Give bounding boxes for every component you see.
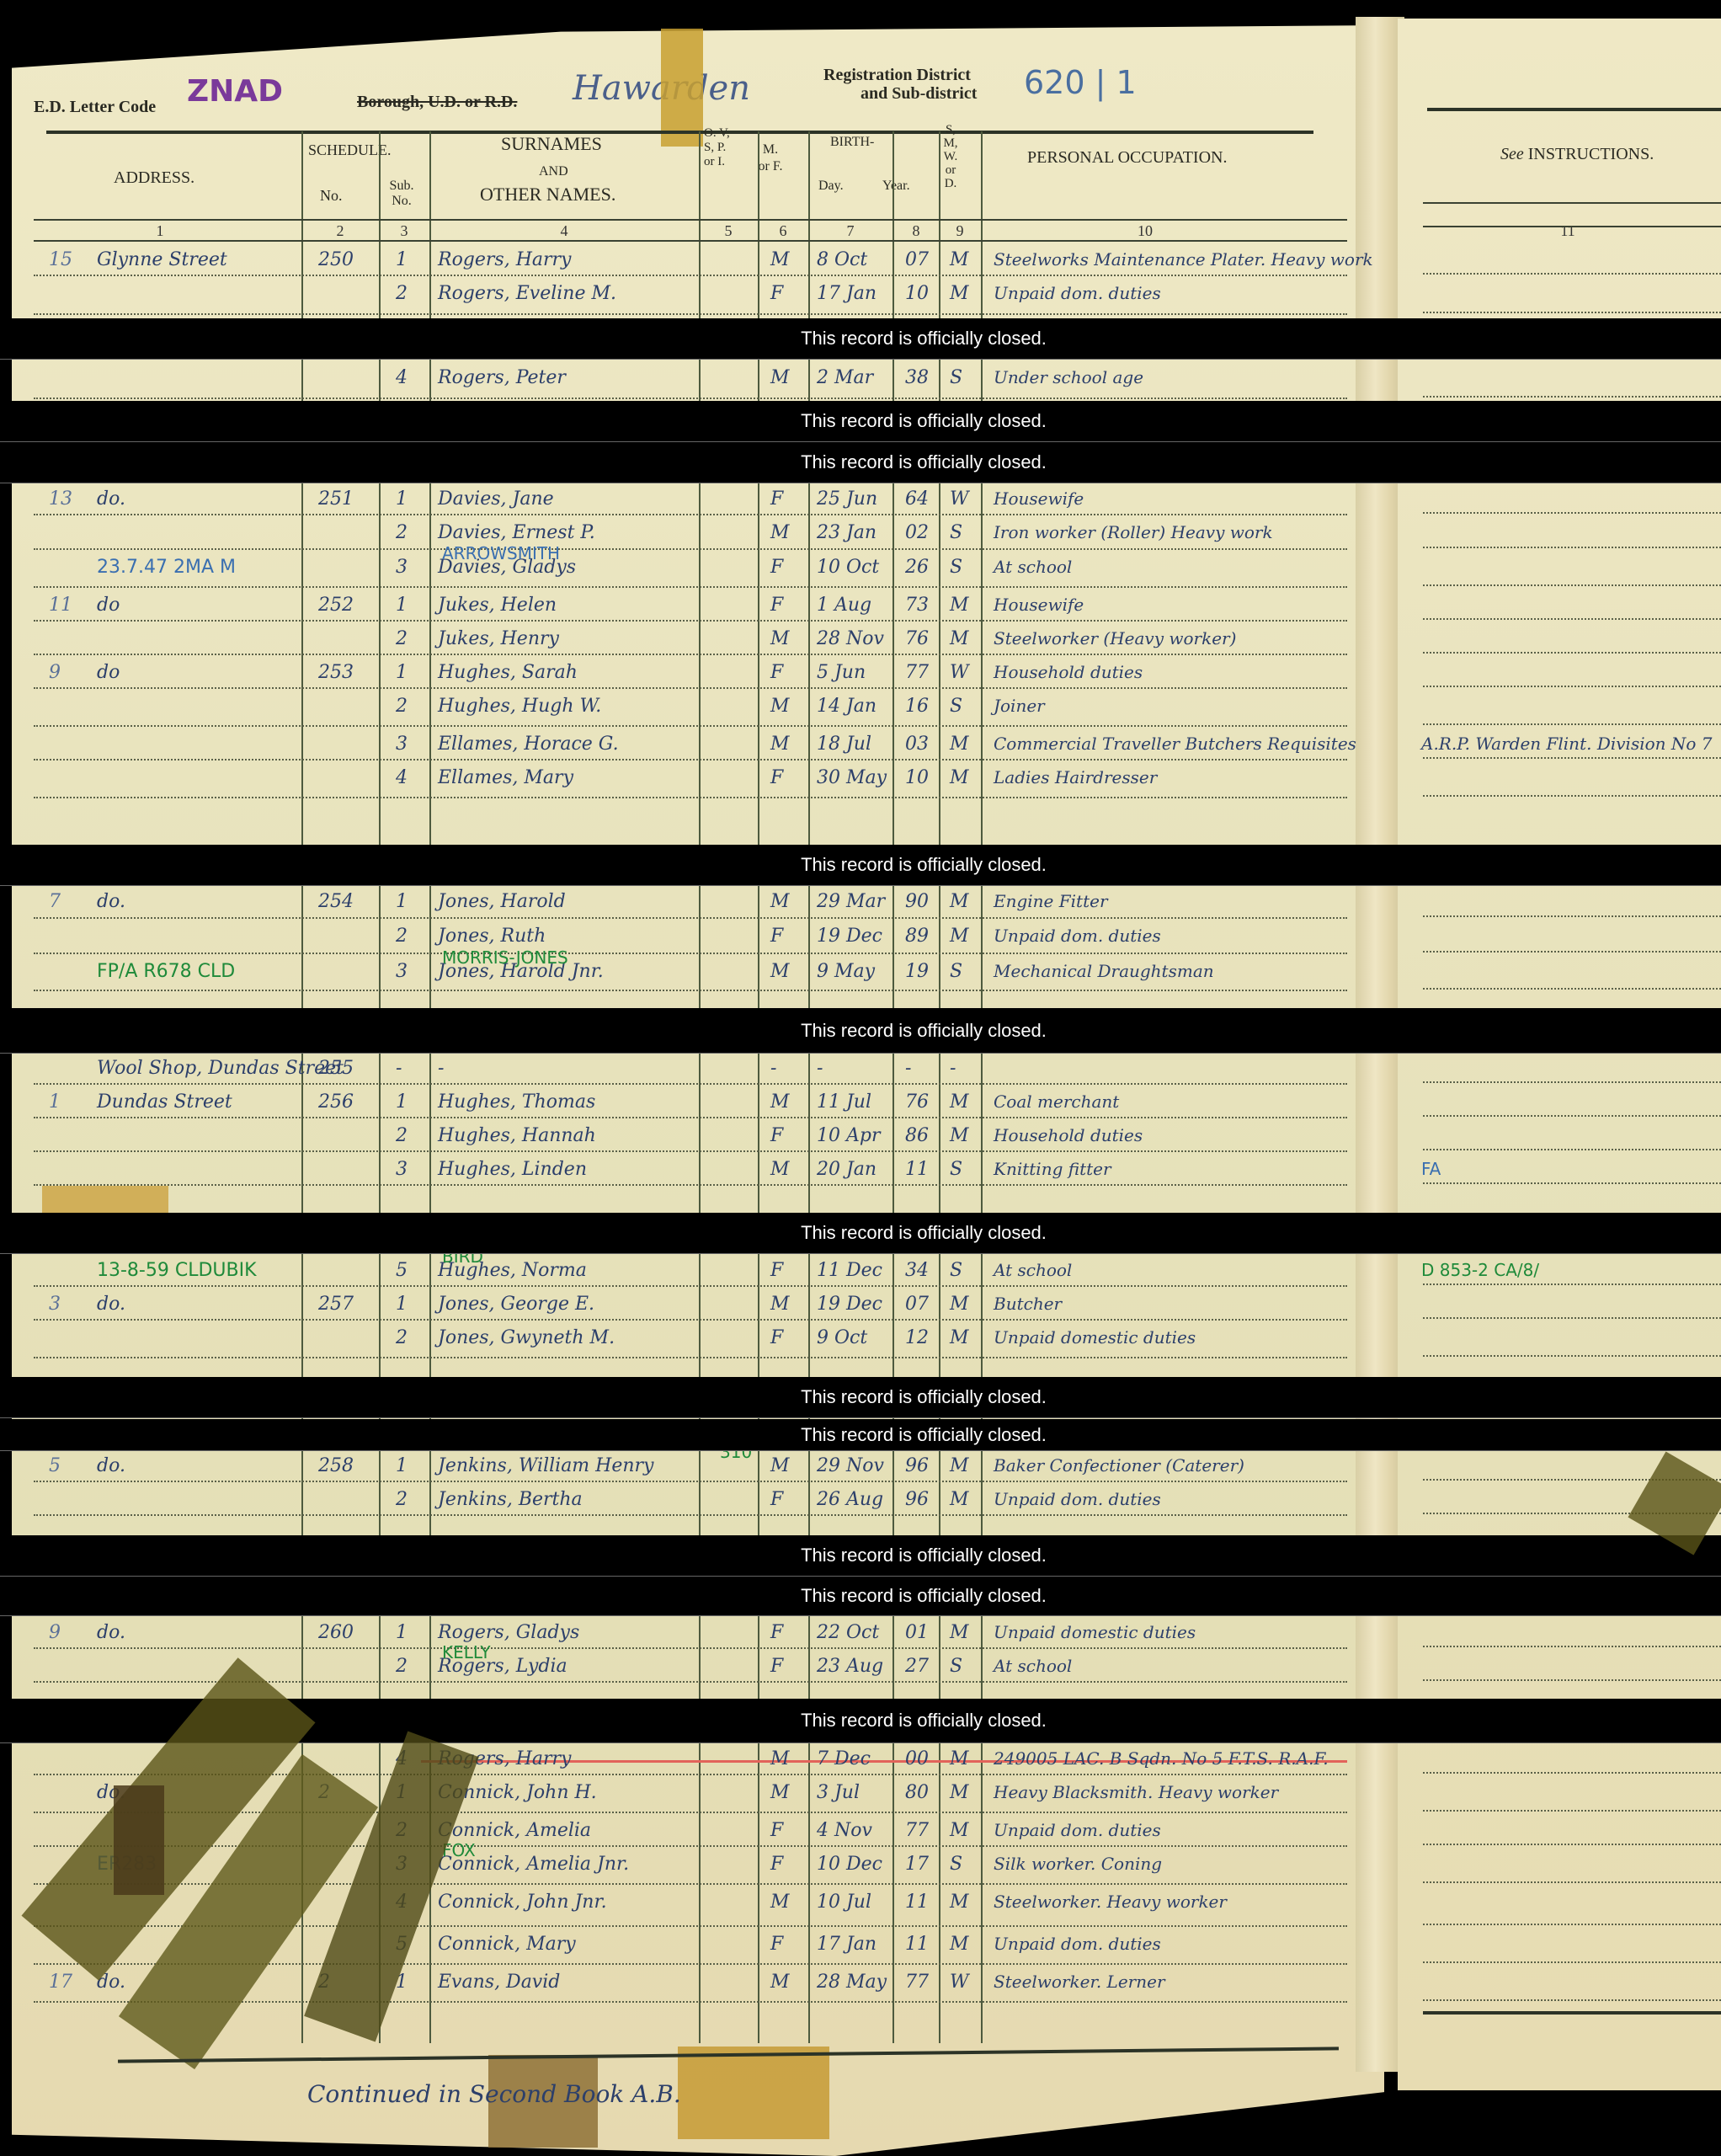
- cell-name: Davies, Jane: [438, 488, 554, 510]
- cell-schedule: 258: [318, 1455, 354, 1476]
- row-rule: [34, 1083, 1347, 1085]
- cell-sex: F: [770, 926, 783, 947]
- cell-year: 00: [905, 1748, 929, 1769]
- row-rule-right: [1423, 1924, 1721, 1925]
- cell-note: D 853-2 CA/8/: [1421, 1260, 1539, 1280]
- cell-name: Jones, George E.: [438, 1294, 594, 1315]
- row-rule: [34, 797, 1347, 798]
- cell-occupation: Unpaid dom. duties: [994, 1489, 1161, 1509]
- cell-status: M: [950, 767, 969, 788]
- row-rule: [34, 548, 1347, 550]
- redaction-bar: This record is officially closed.: [0, 1213, 1721, 1254]
- row-rule-right: [1423, 273, 1721, 275]
- cell-address: do.: [97, 891, 125, 912]
- cell-day: 29 Nov: [817, 1455, 884, 1476]
- header-subrule: [1423, 226, 1721, 227]
- cell-sub: 2: [396, 1125, 408, 1146]
- header-bottom-rule: [34, 240, 1347, 242]
- row-rule: [34, 1845, 1347, 1847]
- cell-status: M: [950, 1327, 969, 1348]
- cell-sex: M: [770, 628, 790, 649]
- cell-name: Jones, Gwyneth M.: [438, 1327, 615, 1348]
- cell-address: 13-8-59 CLDUBIK: [97, 1260, 257, 1281]
- cell-sex: F: [770, 1489, 783, 1510]
- tape-patch: [661, 29, 703, 147]
- cell-day: 18 Jul: [817, 734, 871, 755]
- cell-name: Jones, Harold: [438, 891, 566, 912]
- row-rule-right: [1423, 1881, 1721, 1883]
- registration-label-1: Registration District: [823, 66, 971, 85]
- cell-year: 17: [905, 1854, 929, 1875]
- cell-sub: 1: [396, 1455, 408, 1476]
- cell-address: FP/A R678 CLD: [97, 961, 235, 982]
- cell-sub: 1: [396, 249, 408, 270]
- col-header-ovspi: O. V, S, P. or I.: [704, 126, 731, 169]
- cell-sex: F: [770, 1622, 783, 1643]
- redaction-text: This record is officially closed.: [674, 1710, 1047, 1732]
- cell-day: 28 May: [817, 1972, 887, 1993]
- cell-year: 77: [905, 1972, 929, 1993]
- cell-schedule: 254: [318, 891, 354, 912]
- cell-name: Hughes, Thomas: [438, 1091, 595, 1113]
- cell-sex: F: [770, 488, 783, 510]
- continued-note: Continued in Second Book A.B.: [307, 2080, 681, 2108]
- redaction-bar: This record is officially closed.: [0, 442, 1721, 483]
- cell-schedule: 255: [318, 1058, 354, 1079]
- col-header-instructions: See INSTRUCTIONS.: [1500, 145, 1654, 164]
- cell-sex: F: [770, 1934, 783, 1955]
- cell-day: 1 Aug: [817, 595, 871, 616]
- cell-year: 19: [905, 961, 929, 982]
- cell-day: 20 Jan: [817, 1159, 876, 1180]
- header-rule-right: [1427, 108, 1721, 111]
- cell-status: S: [950, 557, 962, 578]
- redaction-text: This record is officially closed.: [674, 1386, 1047, 1408]
- cell-name: Rogers, Gladys: [438, 1622, 579, 1643]
- cell-year: 38: [905, 367, 929, 388]
- col-header-birth: BIRTH-: [830, 135, 874, 150]
- cell-house: 1: [49, 1091, 61, 1113]
- row-rule: [34, 275, 1347, 276]
- cell-sub: 5: [396, 1260, 408, 1281]
- cell-occupation: Iron worker (Roller) Heavy work: [994, 522, 1273, 542]
- cell-house: 5: [49, 1455, 61, 1476]
- cell-house: 3: [49, 1294, 61, 1315]
- cell-year: 77: [905, 662, 929, 683]
- cell-day: 23 Jan: [817, 522, 876, 543]
- cell-occupation: Unpaid dom. duties: [994, 283, 1161, 303]
- redaction-text: This record is officially closed.: [674, 1424, 1047, 1446]
- cell-year: 01: [905, 1622, 929, 1643]
- name-annotation: KELLY: [442, 1642, 491, 1662]
- cell-occupation: Unpaid dom. duties: [994, 926, 1161, 946]
- cell-name: Jenkins, William Henry: [438, 1455, 653, 1476]
- cell-address: do.: [97, 488, 125, 510]
- row-rule-right: [1423, 988, 1721, 990]
- cell-status: W: [950, 488, 969, 510]
- cell-day: 19 Dec: [817, 1294, 882, 1315]
- cell-sub: 2: [396, 926, 408, 947]
- col-header-smwd: S, M, W. or D.: [940, 123, 962, 190]
- redaction-text: This record is officially closed.: [674, 1545, 1047, 1566]
- cell-status: -: [950, 1058, 956, 1079]
- cell-sex: F: [770, 1656, 783, 1677]
- row-rule-right: [1423, 1081, 1721, 1083]
- cell-occupation: Unpaid dom. duties: [994, 1820, 1161, 1840]
- cell-year: 11: [905, 1892, 929, 1913]
- cell-occupation: Butcher: [994, 1294, 1062, 1314]
- cell-status: M: [950, 249, 969, 270]
- cell-schedule: 256: [318, 1091, 354, 1113]
- cell-sub: 4: [396, 367, 408, 388]
- cell-occupation: Housewife: [994, 595, 1084, 615]
- cell-sub: 3: [396, 557, 408, 578]
- column-number: 5: [716, 222, 741, 240]
- cell-sex: M: [770, 734, 790, 755]
- cell-occupation: Heavy Blacksmith. Heavy worker: [994, 1782, 1278, 1802]
- cell-house: 9: [49, 1622, 61, 1643]
- row-rule-right: [1423, 1283, 1721, 1285]
- redaction-bar: This record is officially closed.: [0, 1377, 1721, 1418]
- cell-sub: 1: [396, 1622, 408, 1643]
- cell-name: -: [438, 1058, 444, 1079]
- row-rule: [34, 725, 1347, 727]
- row-rule: [34, 1357, 1347, 1358]
- cell-sub: 3: [396, 734, 408, 755]
- row-rule-right: [1423, 512, 1721, 514]
- cell-year: 80: [905, 1782, 929, 1803]
- registration-label-2: and Sub-district: [860, 84, 977, 104]
- cell-sex: M: [770, 891, 790, 912]
- cell-year: 10: [905, 283, 929, 304]
- cell-sub: 2: [396, 1489, 408, 1510]
- cell-name: Evans, David: [438, 1972, 560, 1993]
- cell-day: 11 Dec: [817, 1260, 882, 1281]
- column-number: 6: [770, 222, 796, 240]
- cell-occupation: Housewife: [994, 488, 1084, 509]
- cell-address: Glynne Street: [97, 249, 227, 270]
- cell-sex: M: [770, 249, 790, 270]
- redaction-text: This record is officially closed.: [674, 451, 1047, 473]
- cell-status: M: [950, 1455, 969, 1476]
- cell-year: 10: [905, 767, 929, 788]
- instructions-label: INSTRUCTIONS.: [1528, 145, 1654, 163]
- cell-occupation: Mechanical Draughtsman: [994, 961, 1214, 981]
- cell-status: M: [950, 1294, 969, 1315]
- cell-status: M: [950, 1934, 969, 1955]
- cell-day: -: [817, 1058, 823, 1079]
- row-rule: [34, 1150, 1347, 1152]
- cell-status: M: [950, 1820, 969, 1841]
- cell-day: 30 May: [817, 767, 887, 788]
- row-rule-right: [1423, 1646, 1721, 1647]
- cell-day: 19 Dec: [817, 926, 882, 947]
- cell-status: S: [950, 961, 962, 982]
- col-header-schedule-sub: Sub. No.: [381, 179, 423, 209]
- cell-status: M: [950, 1489, 969, 1510]
- cell-year: 07: [905, 1294, 929, 1315]
- row-rule-right: [1423, 547, 1721, 548]
- cell-year: 12: [905, 1327, 929, 1348]
- row-rule: [34, 586, 1347, 588]
- cell-sex: M: [770, 1159, 790, 1180]
- redaction-text: This record is officially closed.: [674, 854, 1047, 876]
- cell-status: M: [950, 734, 969, 755]
- col-header-address: ADDRESS.: [114, 168, 194, 188]
- cell-house: 7: [49, 891, 61, 912]
- cell-day: 23 Aug: [817, 1656, 883, 1677]
- cell-occupation: Under school age: [994, 367, 1143, 387]
- cell-year: 76: [905, 1091, 929, 1113]
- header-subrule: [34, 219, 1347, 221]
- col-header-and: AND: [539, 164, 568, 179]
- row-rule-right: [1423, 1182, 1721, 1184]
- cell-sub: 1: [396, 1091, 408, 1113]
- cell-year: 02: [905, 522, 929, 543]
- cell-sub: 1: [396, 662, 408, 683]
- cell-sub: 1: [396, 1294, 408, 1315]
- cell-year: 86: [905, 1125, 929, 1146]
- cell-year: 11: [905, 1934, 929, 1955]
- cell-occupation: Knitting fitter: [994, 1159, 1111, 1179]
- redaction-text: This record is officially closed.: [674, 1222, 1047, 1244]
- redaction-bar: This record is officially closed.: [0, 318, 1721, 360]
- cell-day: 25 Jun: [817, 488, 877, 510]
- cell-day: 10 Dec: [817, 1854, 882, 1875]
- cell-day: 4 Nov: [817, 1820, 872, 1841]
- row-rule-right: [1423, 915, 1721, 917]
- redaction-bar: This record is officially closed.: [0, 1535, 1721, 1577]
- cell-status: M: [950, 1748, 969, 1769]
- cell-occupation: Ladies Hairdresser: [994, 767, 1157, 787]
- cell-name: Ellames, Horace G.: [438, 734, 619, 755]
- cell-status: S: [950, 1159, 962, 1180]
- cell-year: 96: [905, 1455, 929, 1476]
- cell-sub: 2: [396, 1656, 408, 1677]
- cell-sex: M: [770, 522, 790, 543]
- cell-name: Rogers, Peter: [438, 367, 566, 388]
- cell-day: 8 Oct: [817, 249, 867, 270]
- row-rule: [34, 917, 1347, 919]
- cell-house: 9: [49, 662, 61, 683]
- row-rule: [34, 1481, 1347, 1482]
- cell-day: 11 Jul: [817, 1091, 871, 1113]
- row-rule-right: [1423, 618, 1721, 620]
- cell-year: 34: [905, 1260, 929, 1281]
- cell-sex: F: [770, 283, 783, 304]
- cell-occupation: Engine Fitter: [994, 891, 1108, 911]
- row-rule: [34, 1184, 1347, 1186]
- cell-occupation: Steelworker. Heavy worker: [994, 1892, 1227, 1912]
- cell-sex: F: [770, 557, 783, 578]
- header-rule: [46, 131, 1313, 134]
- cell-schedule: 257: [318, 1294, 354, 1315]
- cell-day: 10 Jul: [817, 1892, 871, 1913]
- cell-status: M: [950, 926, 969, 947]
- cell-day: 5 Jun: [817, 662, 866, 683]
- cell-sex: M: [770, 961, 790, 982]
- cell-name: Jukes, Helen: [438, 595, 557, 616]
- cell-year: 64: [905, 488, 929, 510]
- cell-day: 17 Jan: [817, 283, 876, 304]
- redaction-text: This record is officially closed.: [674, 328, 1047, 350]
- cell-sex: F: [770, 1327, 783, 1348]
- see-label: See: [1500, 145, 1524, 163]
- cell-name: Ellames, Mary: [438, 767, 573, 788]
- cell-status: W: [950, 662, 969, 683]
- redaction-text: This record is officially closed.: [674, 1020, 1047, 1042]
- redaction-bar: This record is officially closed.: [0, 845, 1721, 886]
- cell-status: M: [950, 1622, 969, 1643]
- cell-status: M: [950, 628, 969, 649]
- column-number: 3: [392, 222, 417, 240]
- col-header-birth-year: Year.: [882, 179, 910, 194]
- row-rule: [34, 313, 1347, 315]
- cell-address: do.: [97, 1455, 125, 1476]
- cell-note: FA: [1421, 1159, 1441, 1179]
- cell-occupation: Silk worker. Coning: [994, 1854, 1162, 1874]
- cell-day: 26 Aug: [817, 1489, 883, 1510]
- cell-schedule: 251: [318, 488, 354, 510]
- redaction-bar: This record is officially closed.: [0, 1577, 1721, 1616]
- col-header-mf: M. or F.: [758, 141, 783, 175]
- cell-sex: M: [770, 1972, 790, 1993]
- cell-name: Rogers, Eveline M.: [438, 283, 616, 304]
- cell-status: S: [950, 1260, 962, 1281]
- cell-year: 96: [905, 1489, 929, 1510]
- cell-occupation: Steelworks Maintenance Plater. Heavy wor…: [994, 249, 1373, 269]
- cell-name: Rogers, Harry: [438, 249, 571, 270]
- cell-status: M: [950, 283, 969, 304]
- col-header-surnames: SURNAMES: [501, 133, 602, 155]
- cell-sex: F: [770, 1260, 783, 1281]
- cell-occupation: Commercial Traveller Butchers Requisites: [994, 734, 1356, 754]
- row-rule-right: [1423, 1679, 1721, 1681]
- cell-day: 28 Nov: [817, 628, 884, 649]
- row-rule-right: [1423, 652, 1721, 654]
- row-rule: [34, 1117, 1347, 1118]
- ed-letter-code-value: ZNAD: [187, 74, 283, 109]
- cell-name: Hughes, Hannah: [438, 1125, 596, 1146]
- tape-patch: [42, 1186, 168, 1213]
- cell-status: M: [950, 595, 969, 616]
- row-rule-right: [1423, 396, 1721, 398]
- cell-year: 11: [905, 1159, 929, 1180]
- cell-sex: M: [770, 1091, 790, 1113]
- col-header-birth-day: Day.: [818, 179, 844, 194]
- cell-year: 77: [905, 1820, 929, 1841]
- column-number: 4: [551, 222, 577, 240]
- name-annotation: MORRIS-JONES: [442, 947, 568, 968]
- cell-schedule: 250: [318, 249, 354, 270]
- cell-day: 3 Jul: [817, 1782, 860, 1803]
- row-rule-right: [1423, 1999, 1721, 2001]
- row-rule-right: [1423, 1844, 1721, 1845]
- cell-year: -: [905, 1058, 911, 1079]
- cell-schedule: 253: [318, 662, 354, 683]
- cell-status: S: [950, 367, 962, 388]
- cell-status: M: [950, 1125, 969, 1146]
- cell-sub: 2: [396, 628, 408, 649]
- tape-patch: [678, 2047, 829, 2139]
- cell-occupation: Unpaid domestic duties: [994, 1622, 1196, 1642]
- cell-year: 73: [905, 595, 929, 616]
- cell-address: Wool Shop, Dundas Street: [97, 1058, 344, 1079]
- cell-sub: 2: [396, 1327, 408, 1348]
- redaction-bar: This record is officially closed.: [0, 1419, 1721, 1451]
- cell-status: S: [950, 696, 962, 717]
- column-number: 9: [947, 222, 972, 240]
- cell-year: 89: [905, 926, 929, 947]
- cell-sub: 2: [396, 522, 408, 543]
- cell-status: W: [950, 1972, 969, 1993]
- cell-day: 2 Mar: [817, 367, 873, 388]
- cell-name: Connick, Amelia: [438, 1820, 591, 1841]
- column-number: 2: [328, 222, 353, 240]
- row-rule: [34, 1514, 1347, 1516]
- cell-year: 07: [905, 249, 929, 270]
- cell-name: Connick, John Jnr.: [438, 1892, 607, 1913]
- cell-day: 10 Oct: [817, 557, 879, 578]
- cell-sex: -: [770, 1058, 776, 1079]
- row-rule: [34, 654, 1347, 655]
- row-rule-right: [1423, 1772, 1721, 1774]
- cell-status: M: [950, 1782, 969, 1803]
- cell-occupation: At school: [994, 1656, 1072, 1676]
- cell-sub: 2: [396, 696, 408, 717]
- cell-status: M: [950, 1892, 969, 1913]
- cell-sex: M: [770, 1748, 790, 1769]
- borough-label: Borough, U.D. or R.D.: [357, 93, 517, 112]
- cell-sex: F: [770, 662, 783, 683]
- cell-sex: M: [770, 1782, 790, 1803]
- column-number: 8: [903, 222, 929, 240]
- tape-patch: [114, 1785, 164, 1895]
- cell-house: 11: [49, 595, 72, 616]
- cell-sex: M: [770, 367, 790, 388]
- column-number: 10: [1132, 222, 1158, 240]
- cell-sub: 4: [396, 767, 408, 788]
- cell-year: 26: [905, 557, 929, 578]
- cell-name: Hughes, Sarah: [438, 662, 578, 683]
- cell-sub: 3: [396, 1159, 408, 1180]
- cell-occupation: At school: [994, 557, 1072, 577]
- cell-sex: F: [770, 595, 783, 616]
- row-rule-right: [1423, 1317, 1721, 1319]
- name-annotation: ARROWSMITH: [442, 543, 560, 563]
- cell-address: do: [97, 595, 120, 616]
- row-rule-right: [1423, 795, 1721, 797]
- cell-occupation: Coal merchant: [994, 1091, 1119, 1112]
- row-rule-right: [1423, 723, 1721, 725]
- cell-name: Jukes, Henry: [438, 628, 559, 649]
- row-rule: [34, 759, 1347, 760]
- cell-occupation: Baker Confectioner (Caterer): [994, 1455, 1244, 1476]
- cell-status: M: [950, 1091, 969, 1113]
- cell-name: Hughes, Hugh W.: [438, 696, 601, 717]
- cell-year: 03: [905, 734, 929, 755]
- col-header-occupation: PERSONAL OCCUPATION.: [1027, 148, 1227, 168]
- cell-occupation: Unpaid domestic duties: [994, 1327, 1196, 1347]
- redaction-text: This record is officially closed.: [674, 1585, 1047, 1607]
- cell-schedule: 252: [318, 595, 354, 616]
- cell-name: Connick, Mary: [438, 1934, 576, 1955]
- cell-address: Dundas Street: [97, 1091, 232, 1113]
- cell-house: 17: [49, 1972, 72, 1993]
- cell-sex: M: [770, 1455, 790, 1476]
- cell-name: Jenkins, Bertha: [438, 1489, 583, 1510]
- row-rule-right: [1423, 1961, 1721, 1963]
